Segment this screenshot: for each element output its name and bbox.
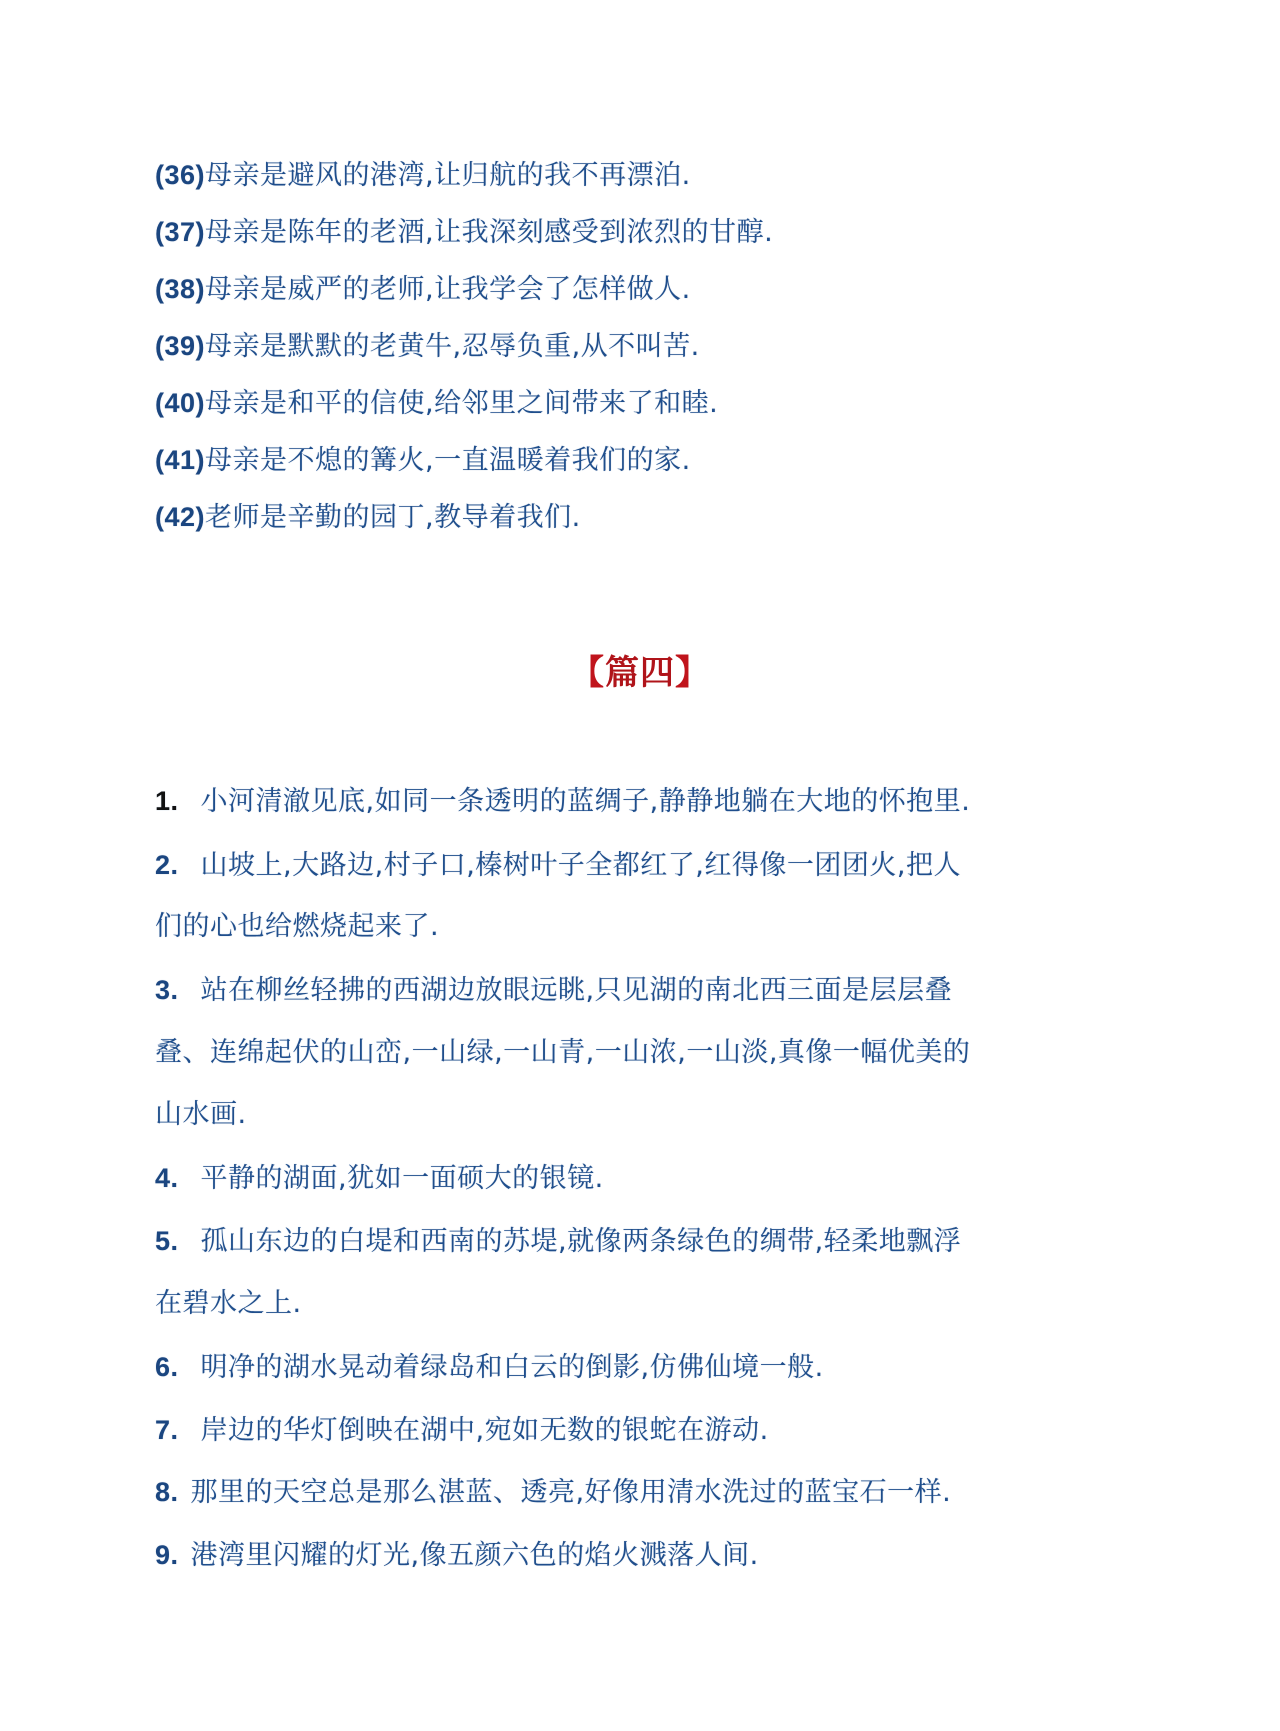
- item-text: 那里的天空总是那么湛蓝、透亮,好像用清水洗过的蓝宝石一样.: [191, 1477, 952, 1508]
- list-item: 4.平静的湖面,犹如一面硕大的银镜.: [155, 1161, 604, 1196]
- list-item: (37)母亲是陈年的老酒,让我深刻感受到浓烈的甘醇.: [155, 215, 773, 250]
- section-heading: 【篇四】: [0, 652, 1280, 694]
- list-item: 3.站在柳丝轻拂的西湖边放眼远眺,只见湖的南北西三面是层层叠: [155, 973, 952, 1008]
- list-item: (38)母亲是威严的老师,让我学会了怎样做人.: [155, 272, 691, 307]
- item-text: 港湾里闪耀的灯光,像五颜六色的焰火溅落人间.: [191, 1540, 759, 1571]
- item-text: 母亲是避风的港湾,让归航的我不再漂泊.: [205, 160, 691, 191]
- list-item: 9.港湾里闪耀的灯光,像五颜六色的焰火溅落人间.: [155, 1538, 759, 1573]
- item-number: (38): [155, 274, 205, 304]
- item-number: (37): [155, 217, 205, 247]
- item-text: 母亲是威严的老师,让我学会了怎样做人.: [205, 274, 691, 305]
- item-text: 明净的湖水晃动着绿岛和白云的倒影,仿佛仙境一般.: [201, 1352, 824, 1383]
- item-number: 2.: [155, 850, 179, 880]
- item-number: 7.: [155, 1415, 179, 1445]
- list-item: 2.山坡上,大路边,村子口,榛树叶子全都红了,红得像一团团火,把人: [155, 848, 961, 883]
- section-title: 篇四: [605, 653, 675, 693]
- item-text: 母亲是默默的老黄牛,忍辱负重,从不叫苦.: [205, 331, 700, 362]
- bracket-close: 】: [675, 653, 710, 693]
- list-item: (42)老师是辛勤的园丁,教导着我们.: [155, 500, 581, 535]
- list-item: 5.孤山东边的白堤和西南的苏堤,就像两条绿色的绸带,轻柔地飘浮: [155, 1224, 961, 1259]
- item-text: 山坡上,大路边,村子口,榛树叶子全都红了,红得像一团团火,把人: [201, 850, 961, 881]
- item-text: 岸边的华灯倒映在湖中,宛如无数的银蛇在游动.: [201, 1415, 769, 1446]
- item-text: 平静的湖面,犹如一面硕大的银镜.: [201, 1163, 604, 1194]
- item-text: 母亲是不熄的篝火,一直温暖着我们的家.: [205, 445, 691, 476]
- list-item: 8.那里的天空总是那么湛蓝、透亮,好像用清水洗过的蓝宝石一样.: [155, 1475, 951, 1510]
- list-item: 6.明净的湖水晃动着绿岛和白云的倒影,仿佛仙境一般.: [155, 1350, 824, 1385]
- item-number: (42): [155, 502, 205, 532]
- item-number: (41): [155, 445, 205, 475]
- item-number: 4.: [155, 1163, 179, 1193]
- item-text: 小河清澈见底,如同一条透明的蓝绸子,静静地躺在大地的怀抱里.: [201, 786, 971, 817]
- item-number: 1.: [155, 786, 179, 816]
- item-text: 山水画.: [155, 1099, 247, 1130]
- item-number: (39): [155, 331, 205, 361]
- bracket-open: 【: [570, 653, 605, 693]
- list-item-continuation: 山水画.: [155, 1098, 247, 1132]
- item-number: 9.: [155, 1540, 179, 1570]
- item-text: 母亲是和平的信使,给邻里之间带来了和睦.: [205, 388, 718, 419]
- list-item: 1.小河清澈见底,如同一条透明的蓝绸子,静静地躺在大地的怀抱里.: [155, 784, 970, 819]
- list-item: (36)母亲是避风的港湾,让归航的我不再漂泊.: [155, 158, 691, 193]
- list-item-continuation: 们的心也给燃烧起来了.: [155, 910, 439, 944]
- item-text: 孤山东边的白堤和西南的苏堤,就像两条绿色的绸带,轻柔地飘浮: [201, 1226, 962, 1257]
- list-item: (39)母亲是默默的老黄牛,忍辱负重,从不叫苦.: [155, 329, 700, 364]
- item-text: 老师是辛勤的园丁,教导着我们.: [205, 502, 581, 533]
- item-number: (36): [155, 160, 205, 190]
- list-item-continuation: 在碧水之上.: [155, 1287, 302, 1321]
- item-text: 站在柳丝轻拂的西湖边放眼远眺,只见湖的南北西三面是层层叠: [201, 975, 953, 1006]
- item-text: 们的心也给燃烧起来了.: [155, 911, 439, 942]
- list-item-continuation: 叠、连绵起伏的山峦,一山绿,一山青,一山浓,一山淡,真像一幅优美的: [155, 1036, 970, 1070]
- item-text: 母亲是陈年的老酒,让我深刻感受到浓烈的甘醇.: [205, 217, 773, 248]
- item-number: 8.: [155, 1477, 179, 1507]
- list-item: (40)母亲是和平的信使,给邻里之间带来了和睦.: [155, 386, 718, 421]
- list-item: (41)母亲是不熄的篝火,一直温暖着我们的家.: [155, 443, 691, 478]
- list-item: 7.岸边的华灯倒映在湖中,宛如无数的银蛇在游动.: [155, 1413, 769, 1448]
- item-number: (40): [155, 388, 205, 418]
- item-number: 6.: [155, 1352, 179, 1382]
- item-text: 叠、连绵起伏的山峦,一山绿,一山青,一山浓,一山淡,真像一幅优美的: [155, 1037, 970, 1068]
- item-number: 3.: [155, 975, 179, 1005]
- item-text: 在碧水之上.: [155, 1288, 302, 1319]
- document-page: (36)母亲是避风的港湾,让归航的我不再漂泊. (37)母亲是陈年的老酒,让我深…: [0, 0, 1280, 1731]
- item-number: 5.: [155, 1226, 179, 1256]
